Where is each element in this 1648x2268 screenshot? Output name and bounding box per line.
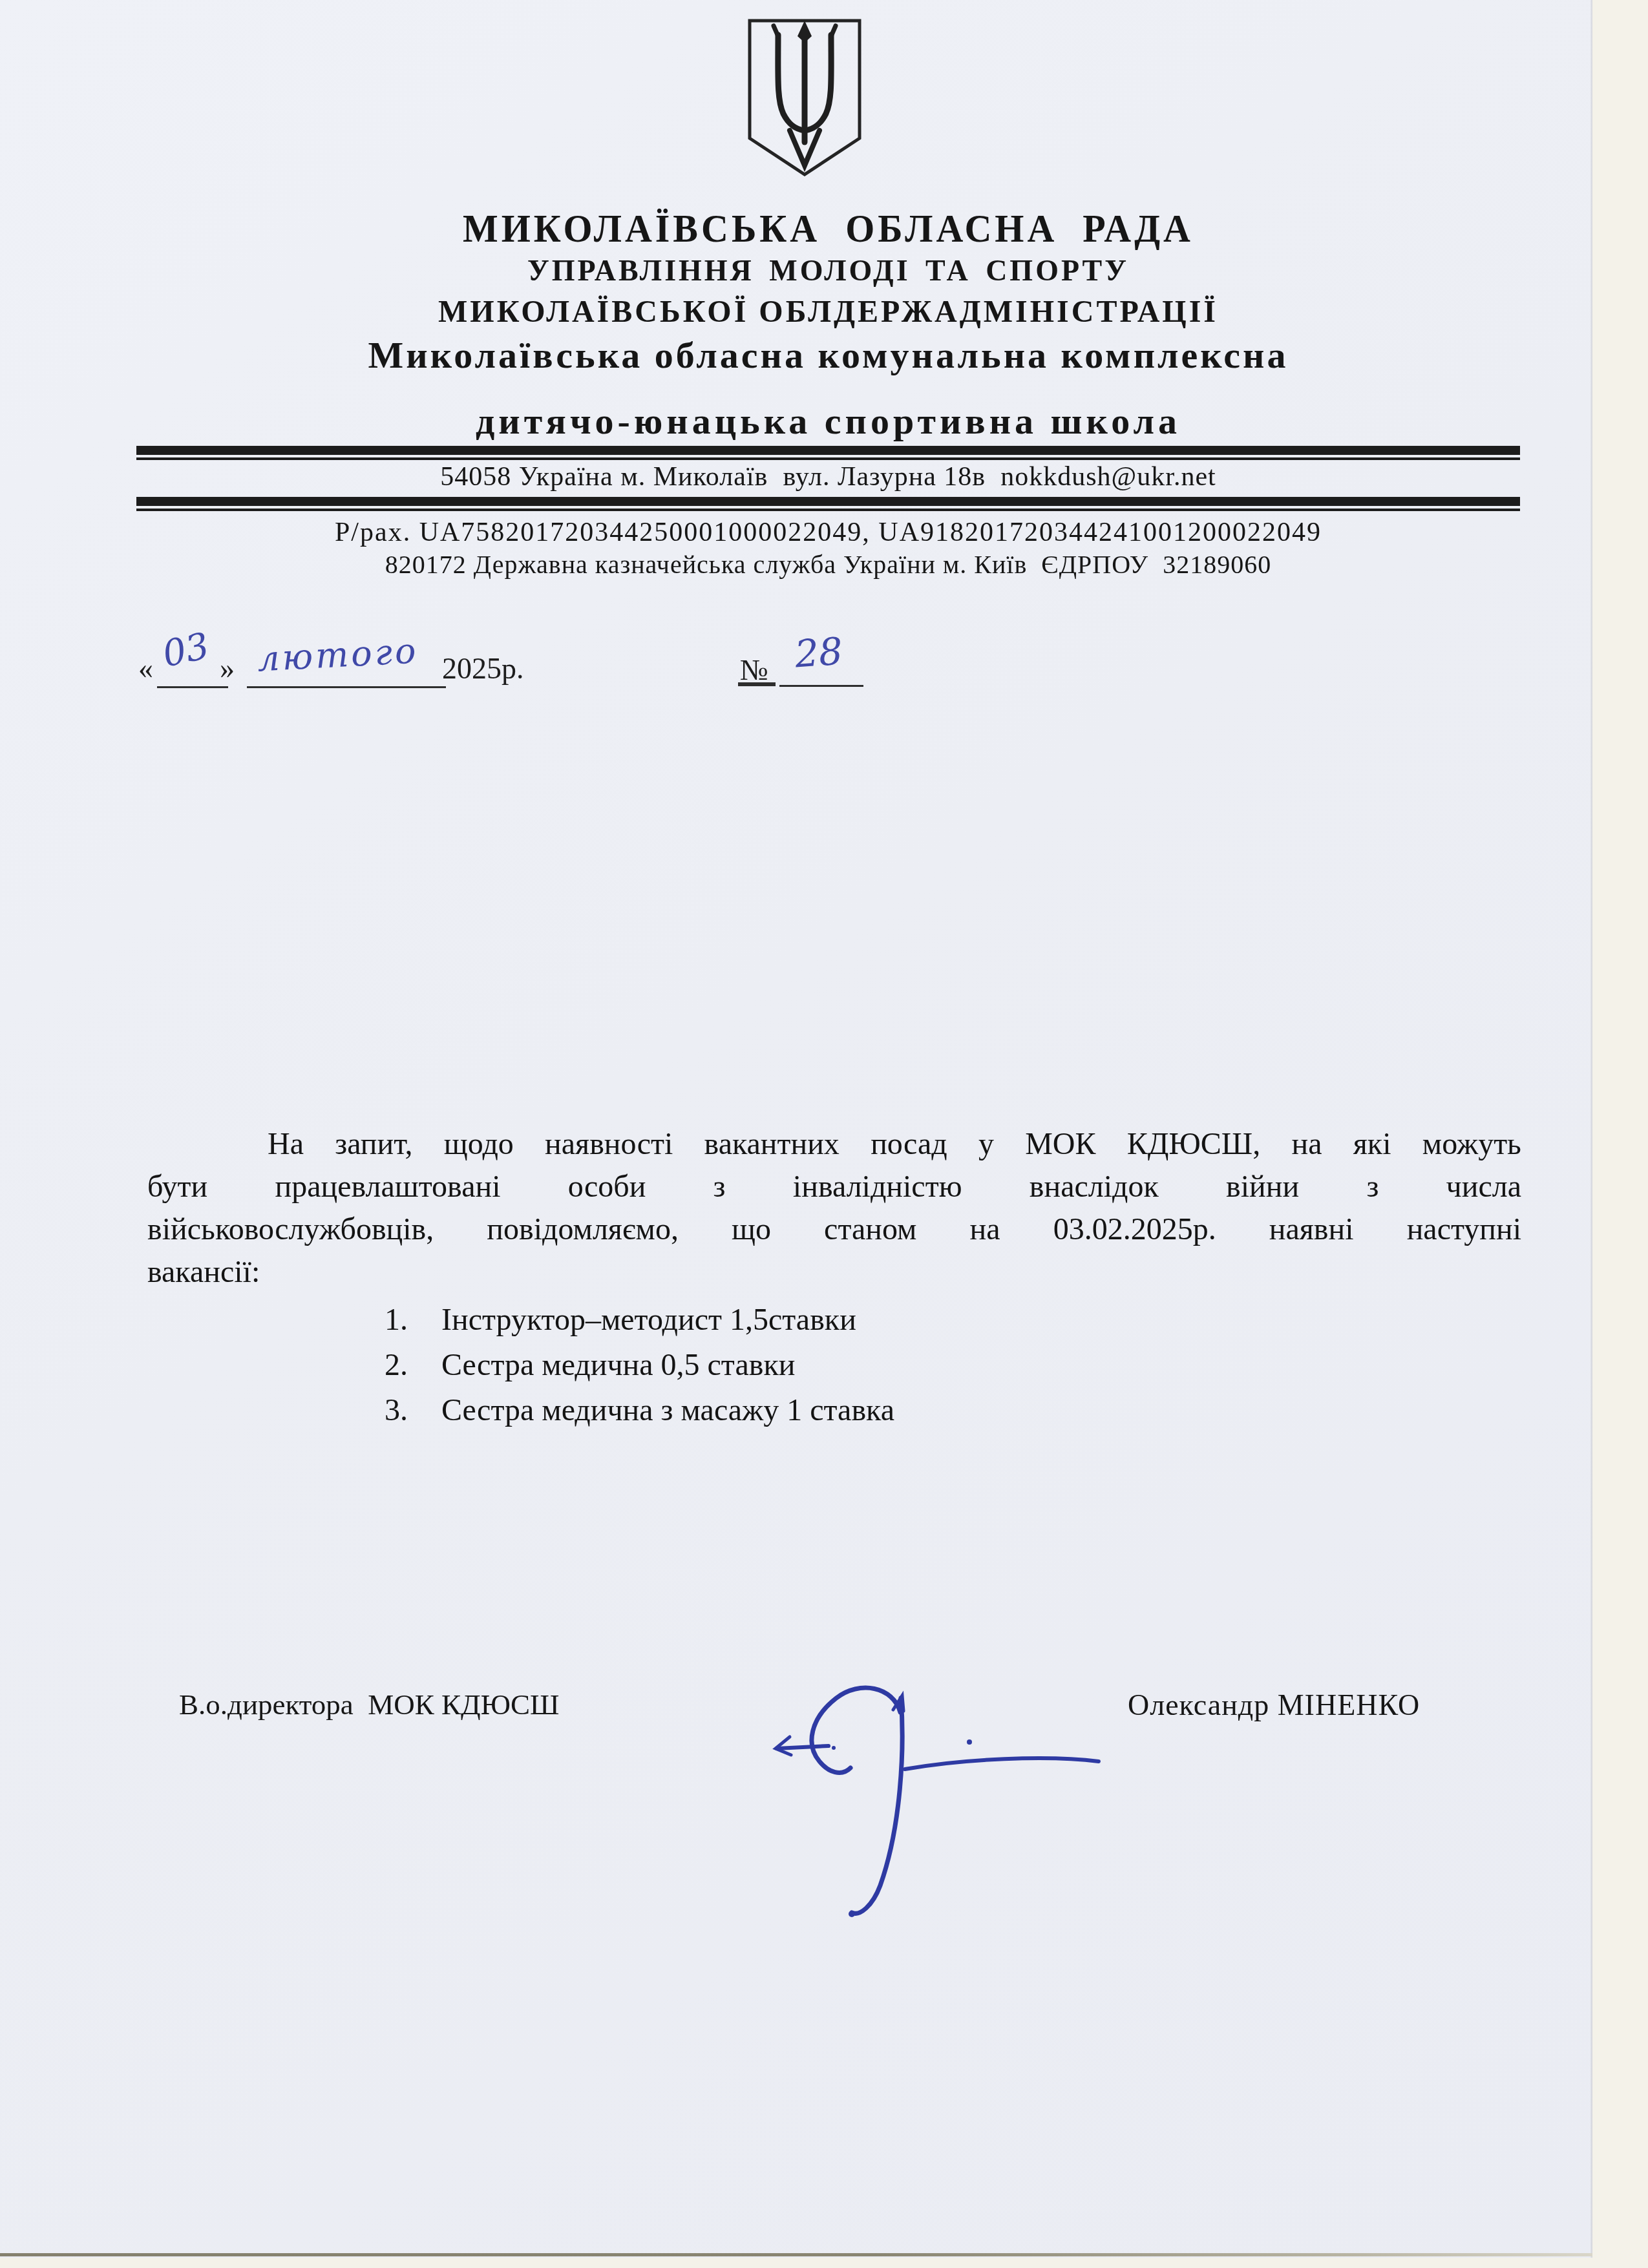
treasury-edrpou-line: 820172 Державна казначейська служба Укра… xyxy=(136,549,1520,580)
trident-spear-tip xyxy=(798,21,812,43)
separator-thin-bar xyxy=(136,509,1520,511)
vacancy-text: Сестра медична 0,5 ставки xyxy=(441,1348,795,1382)
header-separator-bottom xyxy=(136,497,1520,511)
scanned-letter-page: МИКОЛАЇВСЬКА ОБЛАСНА РАДА УПРАВЛІННЯ МОЛ… xyxy=(0,0,1648,2268)
header-separator-top xyxy=(136,446,1520,460)
paper-right-edge xyxy=(1590,0,1592,2258)
paper-sheet: МИКОЛАЇВСЬКА ОБЛАСНА РАДА УПРАВЛІННЯ МОЛ… xyxy=(0,0,1592,2258)
number-underline xyxy=(779,685,863,687)
address-line: 54058 Україна м. Миколаїв вул. Лазурна 1… xyxy=(136,461,1520,492)
handwritten-day: 03 xyxy=(159,625,213,675)
vacancy-number: 1. xyxy=(385,1297,441,1343)
handwritten-signature xyxy=(743,1672,1131,1931)
handwritten-month: лютого xyxy=(257,631,419,680)
vacancy-number: 3. xyxy=(385,1388,441,1433)
signatory-name: Олександр МІНЕНКО xyxy=(1128,1688,1420,1722)
school-name-line-1: Миколаївська обласна комунальна комплекс… xyxy=(136,333,1520,377)
paper-bottom-edge xyxy=(0,2253,1592,2256)
paragraph-line-2: бути працевлаштовані особи з інвалідніст… xyxy=(147,1166,1521,1208)
vacancy-row: 2.Сестра медична 0,5 ставки xyxy=(385,1343,894,1388)
signatory-title: В.о.директора МОК КДЮСШ xyxy=(179,1688,559,1721)
handwritten-number: 28 xyxy=(794,629,844,677)
org-name-line-2: УПРАВЛІННЯ МОЛОДІ ТА СПОРТУ xyxy=(136,253,1520,288)
month-underline xyxy=(247,686,446,688)
vacancy-row: 1.Інструктор–методист 1,5ставки xyxy=(385,1297,894,1343)
vacancy-list: 1.Інструктор–методист 1,5ставки 2.Сестра… xyxy=(385,1297,894,1433)
vacancy-text: Інструктор–методист 1,5ставки xyxy=(441,1303,856,1337)
bank-account-line: Р/рах. UA758201720344250001000022049, UA… xyxy=(136,517,1520,548)
vacancy-number: 2. xyxy=(385,1343,441,1388)
paragraph-line-3: військовослужбовців, повідомляємо, що ст… xyxy=(147,1208,1521,1251)
printed-year: 2025р. xyxy=(442,651,524,686)
school-name-line-2: дитячо-юнацька спортивна школа xyxy=(136,399,1520,443)
org-name-line-3: МИКОЛАЇВСЬКОЇ ОБЛДЕРЖАДМІНІСТРАЦІЇ xyxy=(136,294,1520,330)
separator-thick-bar xyxy=(136,497,1520,506)
org-name-line-1: МИКОЛАЇВСЬКА ОБЛАСНА РАДА xyxy=(136,206,1520,251)
separator-thin-bar xyxy=(136,457,1520,460)
vacancy-text: Сестра медична з масажу 1 ставка xyxy=(441,1393,894,1427)
paragraph-line-1: На запит, щодо наявності вакантних посад… xyxy=(147,1123,1521,1166)
close-quote-mark: » xyxy=(220,651,235,686)
ukraine-trident-emblem-icon xyxy=(745,16,865,180)
number-sign-underline xyxy=(738,682,776,686)
body-paragraph: На запит, щодо наявності вакантних посад… xyxy=(147,1123,1521,1294)
open-quote-mark: « xyxy=(138,651,153,686)
vacancy-row: 3.Сестра медична з масажу 1 ставка xyxy=(385,1388,894,1433)
day-underline xyxy=(157,686,228,688)
paragraph-line-4: вакансії: xyxy=(147,1251,1521,1294)
separator-thick-bar xyxy=(136,446,1520,455)
